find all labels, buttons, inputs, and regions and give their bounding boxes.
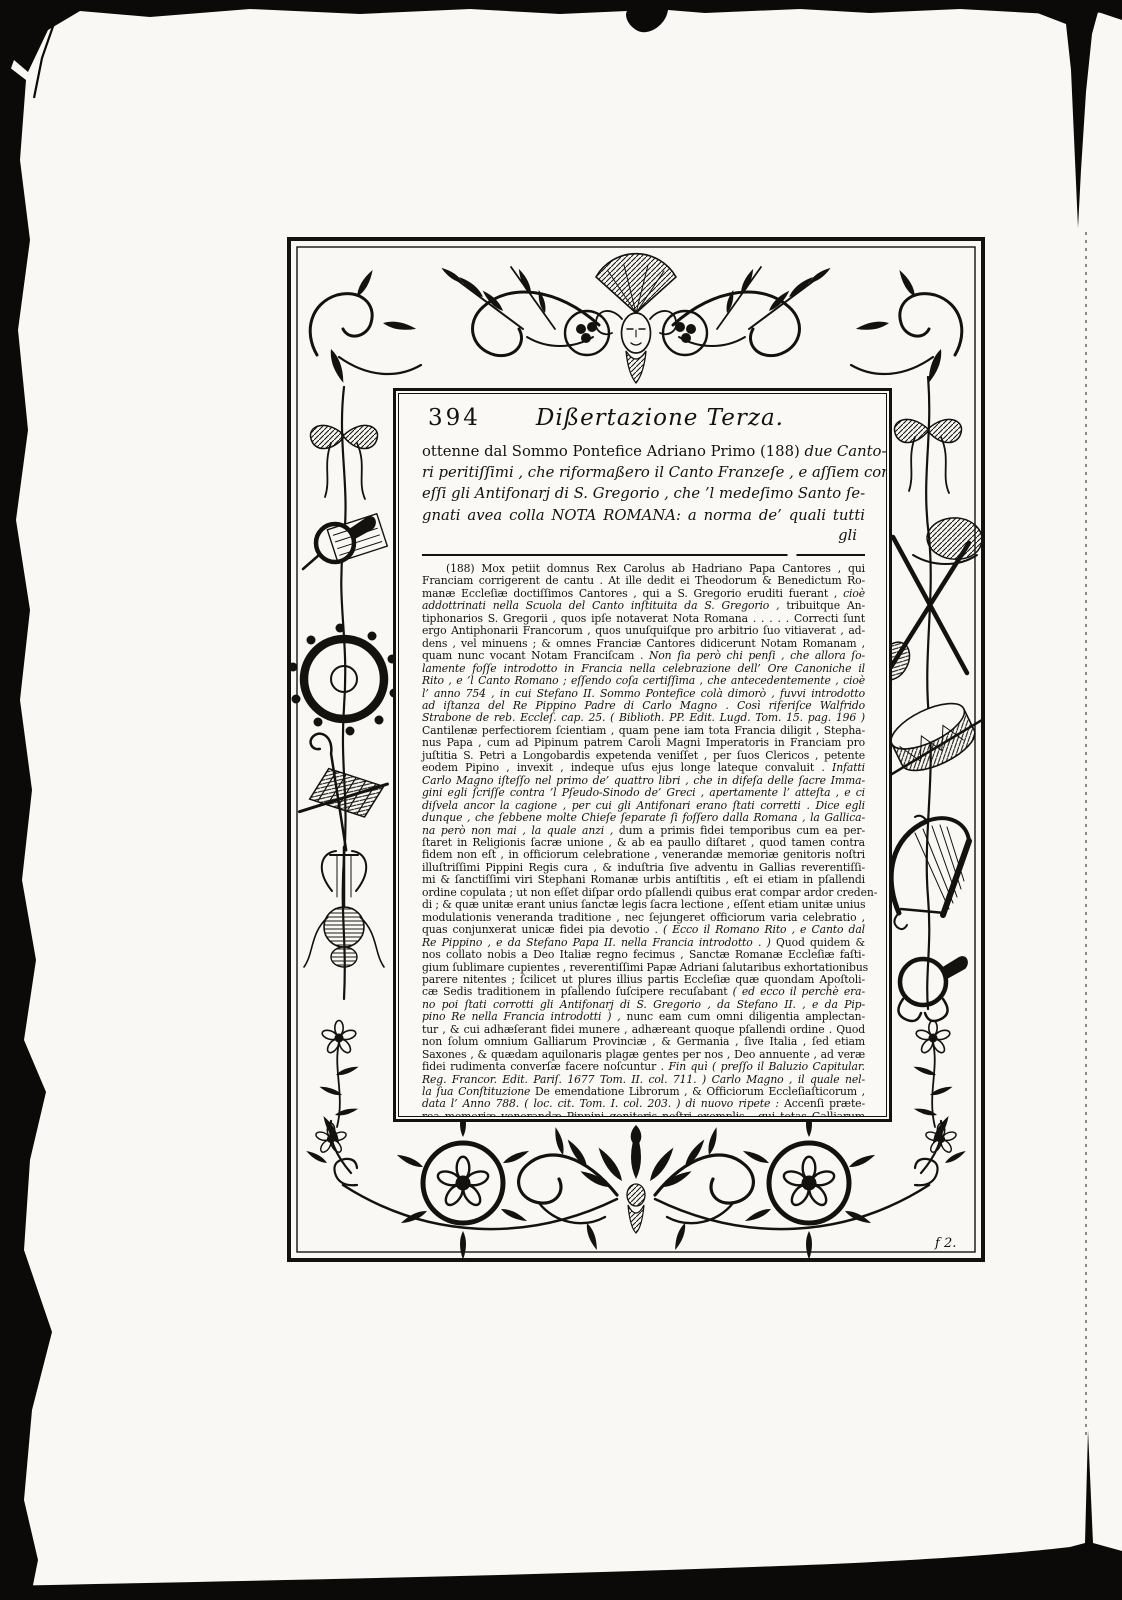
text-line: gnati avea colla NOTA ROMANA: a norma de… [422, 505, 865, 526]
floral-garland-bottom-icon [305, 1108, 967, 1260]
top-mask-ornament-icon [310, 254, 962, 384]
harp-icon [891, 816, 969, 929]
main-text: ottenne dal Sommo Pontefice Adriano Prim… [422, 441, 865, 526]
footnote-text: (188) Mox petiit domnus Rex Carolus ab H… [422, 563, 865, 1117]
catchword: gli [422, 526, 865, 546]
footnote-rule [422, 554, 865, 556]
signature-mark: f 2. [935, 1236, 956, 1251]
text-box: 394 Dißertazione Terza. ottenne dal Somm… [393, 388, 892, 1122]
garland-center-palmette-icon [579, 1125, 694, 1233]
hunting-horn-icon [898, 956, 967, 1021]
page-number: 394 [428, 405, 481, 431]
tambourine-icon [289, 624, 399, 736]
mask-face-icon [596, 254, 677, 383]
drum-icon [885, 694, 985, 779]
lyre-icon [304, 847, 384, 967]
scanned-book-page: 394 Dißertazione Terza. ottenne dal Somm… [0, 0, 1122, 1600]
page-title: Dißertazione Terza. [481, 405, 865, 431]
text-line: ri peritiſſimi , che riformaßero il Cant… [422, 462, 865, 483]
running-head: 394 Dißertazione Terza. [422, 405, 865, 431]
engraved-border-frame: 394 Dißertazione Terza. ottenne dal Somm… [287, 237, 985, 1262]
text-box-inner: 394 Dißertazione Terza. ottenne dal Somm… [398, 393, 887, 1117]
text-line: eſſi gli Antifonarj di S. Gregorio , che… [422, 483, 865, 504]
text-line: ottenne dal Sommo Pontefice Adriano Prim… [422, 441, 865, 462]
text-line: rea memoriæ venerandæ Pippini genitoris … [422, 1111, 865, 1117]
panpipes-icon [287, 730, 392, 850]
musical-trophy-left-icon [287, 387, 399, 1154]
